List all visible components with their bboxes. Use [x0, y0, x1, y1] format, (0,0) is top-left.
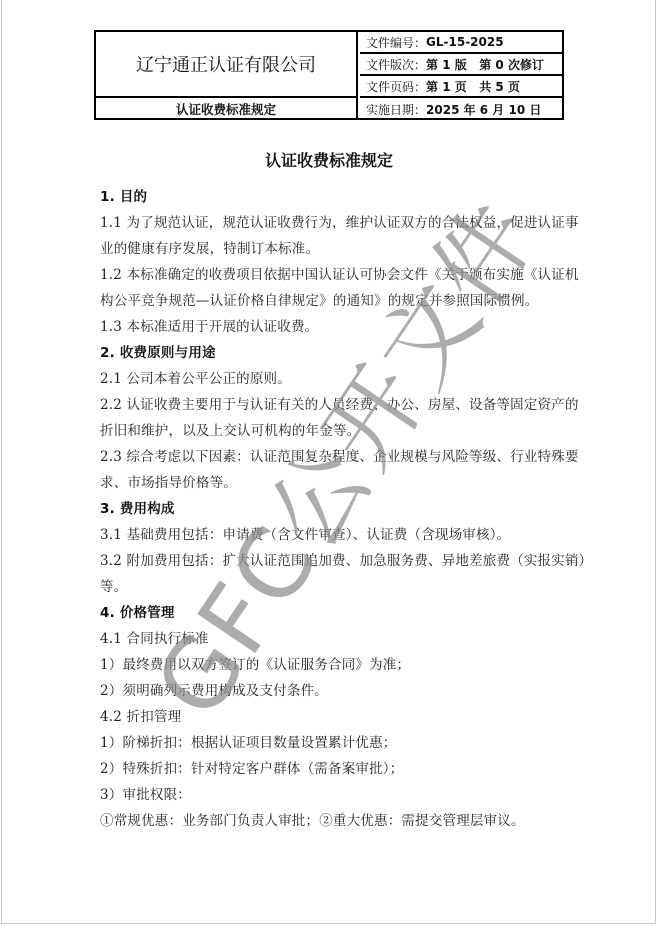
meta-document-number: 文件编号： GL-15-2025 [360, 32, 562, 54]
paragraph-line: 4.2 折扣管理 [100, 706, 570, 732]
paragraph-line: 2.2 认证收费主要用于与认证有关的人员经费、办公、房屋、设备等固定资产的 [100, 394, 570, 420]
paragraph-line: 2.3 综合考虑以下因素：认证范围复杂程度、企业规模与风险等级、行业特殊要 [100, 446, 570, 472]
meta-label: 文件页码： [366, 78, 426, 95]
paragraph-line: 1）最终费用以双方签订的《认证服务合同》为准； [100, 654, 570, 680]
header-document-title: 认证收费标准规定 [96, 98, 358, 120]
meta-value: 第 1 版 第 0 次修订 [426, 56, 544, 73]
paragraph-line: 业的健康有序发展，特制订本标准。 [100, 238, 570, 264]
paragraph-line: 3.2 附加费用包括：扩大认证范围追加费、加急服务费、异地差旅费（实报实销） [100, 550, 570, 576]
paragraph-line: 3）审批权限： [100, 784, 570, 810]
meta-label: 文件版次： [366, 56, 426, 73]
section-heading: 3. 费用构成 [100, 498, 570, 524]
document-body: 1. 目的1.1 为了规范认证，规范认证收费行为，维护认证双方的合法权益，促进认… [100, 186, 570, 836]
paragraph-line: 求、市场指导价格等。 [100, 472, 570, 498]
paragraph-line: ①常规优惠：业务部门负责人审批；②重大优惠：需提交管理层审议。 [100, 810, 570, 836]
meta-document-version: 文件版次： 第 1 版 第 0 次修订 [360, 54, 562, 76]
paragraph-line: 折旧和维护，以及上交认可机构的年金等。 [100, 420, 570, 446]
meta-effective-date: 实施日期： 2025 年 6 月 10 日 [360, 98, 562, 120]
paragraph-line: 1）阶梯折扣：根据认证项目数量设置累计优惠； [100, 732, 570, 758]
meta-value: GL-15-2025 [426, 35, 504, 49]
section-heading: 1. 目的 [100, 186, 570, 212]
paragraph-line: 1.3 本标准适用于开展的认证收费。 [100, 316, 570, 342]
paragraph-line: 1.1 为了规范认证，规范认证收费行为，维护认证双方的合法权益，促进认证事 [100, 212, 570, 238]
meta-label: 文件编号： [366, 34, 426, 51]
company-name: 辽宁通正认证有限公司 [96, 32, 358, 98]
meta-page-number: 文件页码： 第 1 页 共 5 页 [360, 76, 562, 98]
meta-value: 2025 年 6 月 10 日 [426, 101, 541, 118]
paragraph-line: 构公平竞争规范—认证价格自律规定》的通知》的规定并参照国际惯例。 [100, 290, 570, 316]
document-title: 认证收费标准规定 [0, 148, 658, 171]
paragraph-line: 4.1 合同执行标准 [100, 628, 570, 654]
document-header-table: 辽宁通正认证有限公司 认证收费标准规定 文件编号： GL-15-2025 文件版… [94, 30, 564, 120]
meta-value: 第 1 页 共 5 页 [426, 78, 520, 95]
paragraph-line: 3.1 基础费用包括：申请费（含文件审查）、认证费（含现场审核）。 [100, 524, 570, 550]
paragraph-line: 2）特殊折扣：针对特定客户群体（需备案审批）； [100, 758, 570, 784]
meta-label: 实施日期： [366, 101, 426, 118]
paragraph-line: 2.1 公司本着公平公正的原则。 [100, 368, 570, 394]
paragraph-line: 等。 [100, 576, 570, 602]
section-heading: 4. 价格管理 [100, 602, 570, 628]
paragraph-line: 2）须明确列示费用构成及支付条件。 [100, 680, 570, 706]
section-heading: 2. 收费原则与用途 [100, 342, 570, 368]
paragraph-line: 1.2 本标准确定的收费项目依据中国认证认可协会文件《关于颁布实施《认证机 [100, 264, 570, 290]
